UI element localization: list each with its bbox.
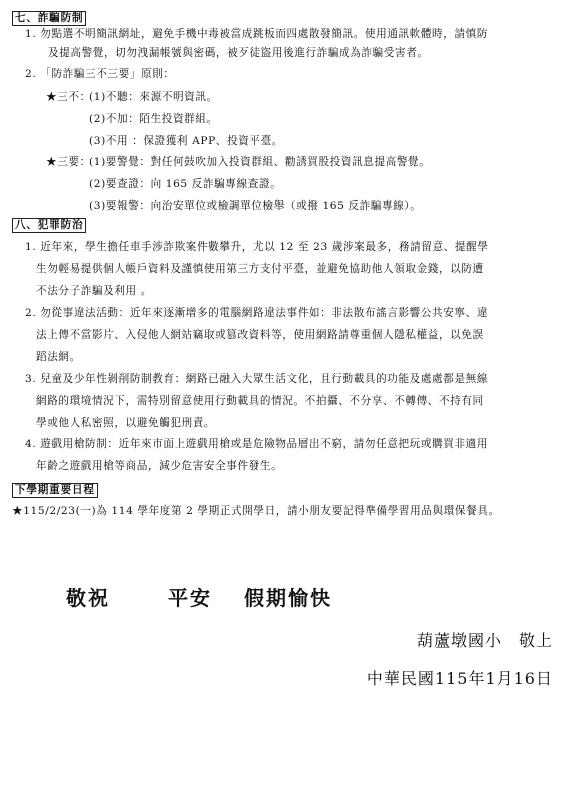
three-no-3: (3)不用 ：保證獲利 APP、投資平臺。 [89, 134, 283, 148]
greeting-1: 敬祝 [66, 582, 110, 611]
s8-item1-line1: 1. 近年來，學生擔任車手涉詐欺案件數攀升，尤以 12 至 23 歲涉案最多，務… [25, 240, 488, 254]
s7-item1-line2: 及提高警覺，切勿洩漏帳號與密碼，被歹徒盜用後進行詐騙成為詐騙受害者。 [48, 46, 429, 60]
signature: 葫蘆墩國小 敬上 [417, 628, 553, 651]
greeting-3: 假期愉快 [244, 582, 332, 611]
three-no-2: (2)不加：陌生投資群組。 [89, 112, 218, 126]
schedule-item: ★115/2/23(一)為 114 學年度第 2 學期正式開學日，請小朋友要記得… [12, 504, 500, 518]
s8-item1-line3: 不法分子詐騙及利用 。 [36, 284, 152, 298]
s7-item2: 2. 「防詐騙三不三要」原則： [25, 67, 175, 81]
three-yes-label: ★三要： [46, 155, 91, 169]
three-no-label: ★三不： [46, 90, 91, 104]
s7-item1-line1: 1. 勿點選不明簡訊網址，避免手機中毒被當成跳板而四處散發簡訊。使用通訊軟體時，… [25, 27, 488, 41]
section-8-title: 八、犯罪防治 [12, 218, 86, 233]
s8-item3-line1: 3. 兒童及少年性剝削防制教育：網路已融入大眾生活文化，且行動載具的功能及處處都… [25, 372, 488, 386]
s8-item4-line2: 年齡之遊戲用槍等商品，減少危害安全事件發生。 [36, 459, 282, 473]
three-yes-3: (3)要報警：向治安單位或檢調單位檢舉（或撥 165 反詐騙專線）。 [89, 199, 422, 213]
three-yes-1: (1)要警覺：對任何鼓吹加入投資群組、勸誘買股投資訊息提高警覺。 [89, 155, 430, 169]
s8-item4-line1: 4. 遊戲用槍防制：近年來市面上遊戲用槍或是危險物品層出不窮，請勿任意把玩或購買… [25, 437, 488, 451]
s8-item1-line2: 生勿輕易提供個人帳戶資料及謹慎使用第三方支付平臺，並避免協助他人領取金錢，以防遭 [36, 262, 484, 276]
s8-item3-line2: 網路的環境情況下，需特別留意使用行動載具的情況。不拍攝、不分享、不轉傳、不持有同 [36, 394, 484, 408]
s8-item2-line2: 法上傳不當影片、入侵他人網站竊取或篡改資料等，使用網路請尊重個人隱私權益，以免誤 [36, 328, 484, 342]
section-7-title: 七、詐騙防制 [12, 11, 86, 26]
date: 中華民國115年1月16日 [367, 666, 553, 689]
s8-item2-line3: 蹈法網。 [36, 350, 81, 364]
s8-item2-line1: 2. 勿從事違法活動：近年來逐漸增多的電腦網路違法事件如：非法散布謠言影響公共安… [25, 306, 488, 320]
schedule-title: 下學期重要日程 [12, 483, 98, 498]
three-no-1: (1)不聽：來源不明資訊。 [89, 90, 218, 104]
greeting-2: 平安 [168, 582, 212, 611]
s8-item3-line3: 學或他人私密照，以避免觸犯刑責。 [36, 416, 215, 430]
three-yes-2: (2)要查證：向 165 反詐騙專線查證。 [89, 177, 281, 191]
